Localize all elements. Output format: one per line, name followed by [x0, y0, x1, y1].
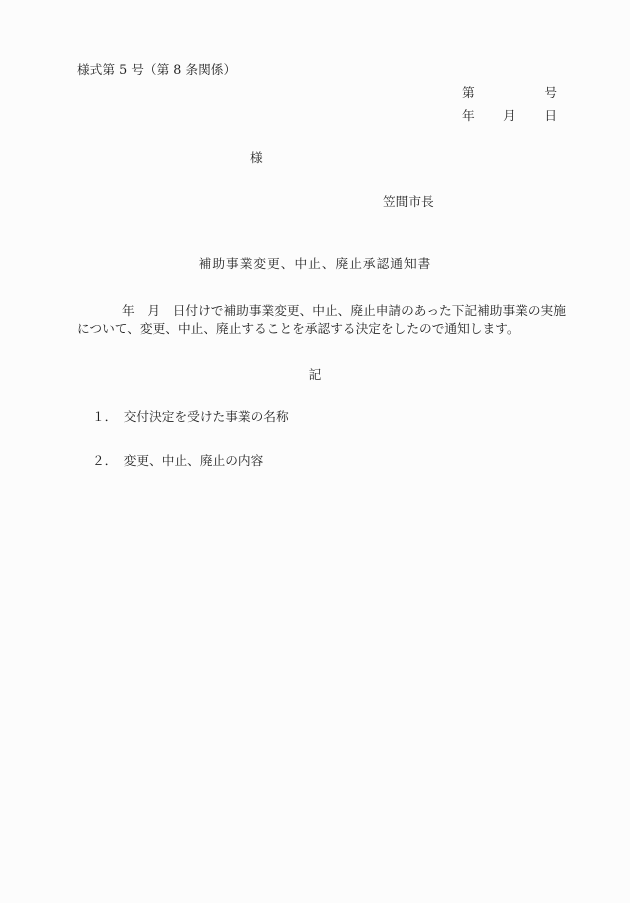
date-line: 年 月 日	[462, 107, 557, 125]
sender-name: 笠間市長	[383, 193, 434, 211]
date-year-label: 年	[462, 107, 475, 125]
document-page: 様式第 5 号（第 8 条関係） 第 号 年 月 日 様 笠間市長 補助事業変更…	[0, 0, 630, 903]
date-day-label: 日	[544, 107, 557, 125]
document-number-line: 第 号	[462, 84, 557, 102]
doc-number-prefix: 第	[462, 84, 475, 102]
form-number: 様式第 5 号（第 8 条関係）	[77, 61, 236, 79]
record-marker: 記	[0, 366, 630, 384]
list-item-2: ２． 変更、中止、廃止の内容	[92, 452, 263, 470]
document-title: 補助事業変更、中止、廃止承認通知書	[0, 255, 630, 273]
body-paragraph-line-2: について、変更、中止、廃止することを承認する決定をしたので通知します。	[77, 320, 577, 338]
body-paragraph-line-1: 年 月 日付けで補助事業変更、中止、廃止申請のあった下記補助事業の実施	[77, 302, 577, 320]
doc-number-suffix: 号	[544, 84, 557, 102]
list-item-1: １． 交付決定を受けた事業の名称	[92, 408, 289, 426]
addressee-honorific: 様	[250, 149, 263, 167]
date-month-label: 月	[503, 107, 516, 125]
